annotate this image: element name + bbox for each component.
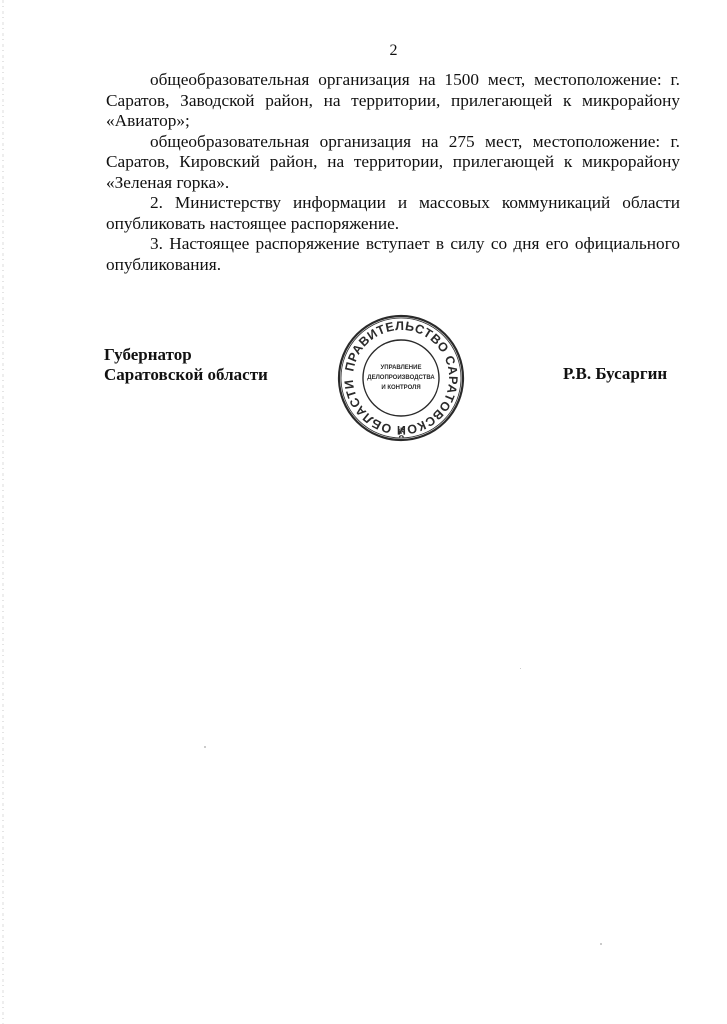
signatory-position-line2: Саратовской области	[104, 365, 268, 385]
scan-speck	[204, 746, 206, 748]
document-body: общеобразовательная организация на 1500 …	[106, 70, 680, 275]
paragraph-item-3: 3. Настоящее распоряжение вступает в сил…	[106, 234, 680, 275]
scan-speck	[600, 943, 602, 945]
paragraph-item-2: 2. Министерству информации и массовых ко…	[106, 193, 680, 234]
signatory-position: Губернатор Саратовской области	[104, 345, 268, 385]
signatory-position-line1: Губернатор	[104, 345, 268, 365]
paragraph-school-275: общеобразовательная организация на 275 м…	[106, 132, 680, 194]
signatory-name: Р.В. Бусаргин	[563, 364, 667, 384]
scan-speck	[520, 668, 521, 669]
paragraph-school-1500: общеобразовательная организация на 1500 …	[106, 70, 680, 132]
stamp-seal-icon: ПРАВИТЕЛЬСТВО САРАТОВСКОЙ ОБЛАСТИ УПРАВЛ…	[336, 313, 466, 443]
official-stamp: ПРАВИТЕЛЬСТВО САРАТОВСКОЙ ОБЛАСТИ УПРАВЛ…	[336, 313, 466, 443]
stamp-inner-line3: И КОНТРОЛЯ	[381, 385, 420, 391]
stamp-star-icon: ✲	[397, 427, 405, 437]
page-number: 2	[0, 42, 727, 60]
scan-edge-artifact	[2, 0, 4, 1024]
stamp-inner-line1: УПРАВЛЕНИЕ	[381, 365, 422, 371]
stamp-inner-line2: ДЕЛОПРОИЗВОДСТВА	[367, 375, 435, 381]
